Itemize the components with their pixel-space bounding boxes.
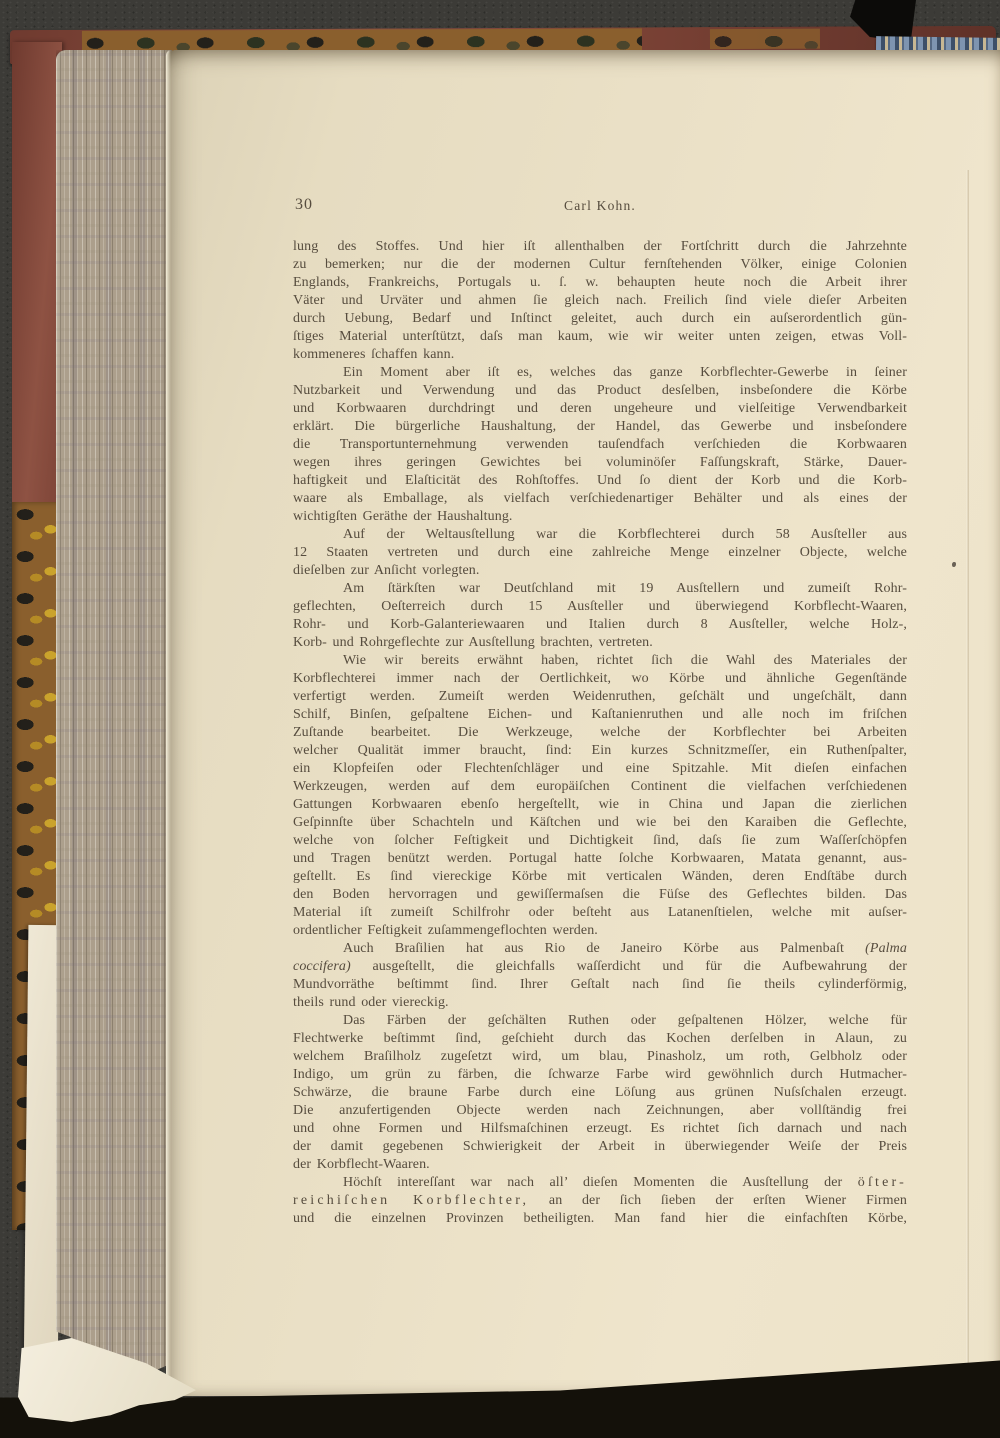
text-line: Ein Moment aber iſt es, welches das ganz… bbox=[293, 364, 907, 382]
page-header: 30 Carl Kohn. bbox=[293, 196, 907, 216]
text-line: verfertigt werden. Zumeiſt werden Weiden… bbox=[293, 688, 907, 706]
text-line: waare als Emballage, als vielfach verſch… bbox=[293, 490, 907, 508]
text-line: und Korbwaaren durchdringt und deren ung… bbox=[293, 400, 907, 418]
paragraph: Am ſtärkſten war Deutſchland mit 19 Ausſ… bbox=[293, 580, 907, 652]
text-line: und Tragen benützt werden. Portugal hatt… bbox=[293, 850, 907, 868]
text-line: Schilf, Binſen, geſpaltene Eichen- und K… bbox=[293, 706, 907, 724]
text-line: lung des Stoffes. Und hier iſt allenthal… bbox=[293, 238, 907, 256]
ink-speck bbox=[952, 562, 956, 567]
text-line: Auch Braſilien hat aus Rio de Janeiro Kö… bbox=[293, 940, 907, 958]
gutter-crease bbox=[966, 170, 969, 1376]
text-line: der damit gegebenen Schwierigkeit der Ar… bbox=[293, 1138, 907, 1156]
text-line: Korbflechterei immer nach der Oertlichke… bbox=[293, 670, 907, 688]
text-line: wegen ihres geringen Gewichtes bei volum… bbox=[293, 454, 907, 472]
text-line: Väter und Urväter und ahmen ſie gleich n… bbox=[293, 292, 907, 310]
text-line: geſtellt. Es ſind viereckige Körbe mit v… bbox=[293, 868, 907, 886]
text-line: Werkzeugen, werden auf dem europäiſchen … bbox=[293, 778, 907, 796]
text-line: Die anzufertigenden Objecte werden nach … bbox=[293, 1102, 907, 1120]
text-line: kommeneres ſchaffen kann. bbox=[293, 346, 907, 364]
marbled-paper-top-right bbox=[710, 29, 820, 49]
text-line: den Boden hervorragen und gewiſſermaſsen… bbox=[293, 886, 907, 904]
text-line: Höchſt intereſſant war nach all’ dieſen … bbox=[293, 1174, 907, 1192]
printed-text-block: 30 Carl Kohn. lung des Stoffes. Und hier… bbox=[293, 196, 907, 1228]
paragraph: Wie wir bereits erwähnt haben, richtet ſ… bbox=[293, 652, 907, 940]
paragraph: Auf der Weltausſtellung war die Korbflec… bbox=[293, 526, 907, 580]
page-edge-stack bbox=[56, 50, 172, 1382]
text-line: Wie wir bereits erwähnt haben, richtet ſ… bbox=[293, 652, 907, 670]
paragraph: Auch Braſilien hat aus Rio de Janeiro Kö… bbox=[293, 940, 907, 1012]
text-line: durch Uebung, Bedarf und Inſtinct geleit… bbox=[293, 310, 907, 328]
text-line: 12 Staaten vertreten und durch eine zahl… bbox=[293, 544, 907, 562]
text-line: der Korbflecht-Waaren. bbox=[293, 1156, 907, 1174]
text-line: Nutzbarkeit und Verwendung und das Produ… bbox=[293, 382, 907, 400]
text-line: Auf der Weltausſtellung war die Korbflec… bbox=[293, 526, 907, 544]
text-line: Das Färben der geſchälten Ruthen oder ge… bbox=[293, 1012, 907, 1030]
text-line: und die einzelnen Provinzen betheiligten… bbox=[293, 1210, 907, 1228]
text-line: ſtiges Material unterſtützt, daſs man ka… bbox=[293, 328, 907, 346]
text-line: wichtigſten Geräthe der Haushaltung. bbox=[293, 508, 907, 526]
text-line: reichiſchen Korbflechter, an der ſich ſi… bbox=[293, 1192, 907, 1210]
text-line: Mundvorräthe beſtimmt ſind. Ihrer Geſtal… bbox=[293, 976, 907, 994]
text-line: Rohr- und Korb-Galanteriewaaren und Ital… bbox=[293, 616, 907, 634]
text-line: Schwärze, die braune Farbe durch eine Lö… bbox=[293, 1084, 907, 1102]
text-line: Indigo, um grün zu färben, die ſchwarze … bbox=[293, 1066, 907, 1084]
text-line: haftigkeit und Elaſticität des Rohſtoffe… bbox=[293, 472, 907, 490]
paragraph: lung des Stoffes. Und hier iſt allenthal… bbox=[293, 238, 907, 364]
text-line: theils rund oder viereckig. bbox=[293, 994, 907, 1012]
running-header: Carl Kohn. bbox=[293, 198, 907, 214]
text-line: erklärt. Die bürgerliche Haushaltung, de… bbox=[293, 418, 907, 436]
text-line: Material iſt zumeiſt Schilfrohr oder beſ… bbox=[293, 904, 907, 922]
text-line: welche von ſolcher Feſtigkeit und Dichti… bbox=[293, 832, 907, 850]
text-line: Gattungen Korbwaaren ebenſo hergeſtellt,… bbox=[293, 796, 907, 814]
text-line: die Transportunternehmung verwenden tauſ… bbox=[293, 436, 907, 454]
body-text: lung des Stoffes. Und hier iſt allenthal… bbox=[293, 238, 907, 1228]
text-line: Geſpinnſte über Schachteln und Käſtchen … bbox=[293, 814, 907, 832]
text-line: Englands, Frankreichs, Portugals u. ſ. w… bbox=[293, 274, 907, 292]
text-line: welchem Braſilholz zugeſetzt wird, um bl… bbox=[293, 1048, 907, 1066]
text-line: Am ſtärkſten war Deutſchland mit 19 Ausſ… bbox=[293, 580, 907, 598]
text-line: ordentlicher Feſtigkeit zuſammengeflocht… bbox=[293, 922, 907, 940]
text-line: und ohne Formen und Hilfsmaſchinen erzeu… bbox=[293, 1120, 907, 1138]
text-line: ein Klopfeiſen oder Flechtenſchläger und… bbox=[293, 760, 907, 778]
text-line: Zuſtande bearbeitet. Die Werkzeuge, welc… bbox=[293, 724, 907, 742]
text-line: Korb- und Rohrgeflechte zur Ausſtellung … bbox=[293, 634, 907, 652]
text-line: coccifera) ausgeſtellt, die gleichfalls … bbox=[293, 958, 907, 976]
text-line: geflechten, Oeſterreich durch 15 Ausſtel… bbox=[293, 598, 907, 616]
book-page: 30 Carl Kohn. lung des Stoffes. Und hier… bbox=[166, 50, 1000, 1396]
book-scan: 30 Carl Kohn. lung des Stoffes. Und hier… bbox=[0, 0, 1000, 1438]
text-line: zu bemerken; nur die der modernen Cultur… bbox=[293, 256, 907, 274]
paragraph: Höchſt intereſſant war nach all’ dieſen … bbox=[293, 1174, 907, 1228]
text-line: welcher Qualität immer braucht, ſind: Ei… bbox=[293, 742, 907, 760]
text-line: Flechtwerke beſtimmt ſind, geſchieht dur… bbox=[293, 1030, 907, 1048]
paragraph: Ein Moment aber iſt es, welches das ganz… bbox=[293, 364, 907, 526]
text-line: dieſelben zur Anſicht vorlegten. bbox=[293, 562, 907, 580]
paragraph: Das Färben der geſchälten Ruthen oder ge… bbox=[293, 1012, 907, 1174]
